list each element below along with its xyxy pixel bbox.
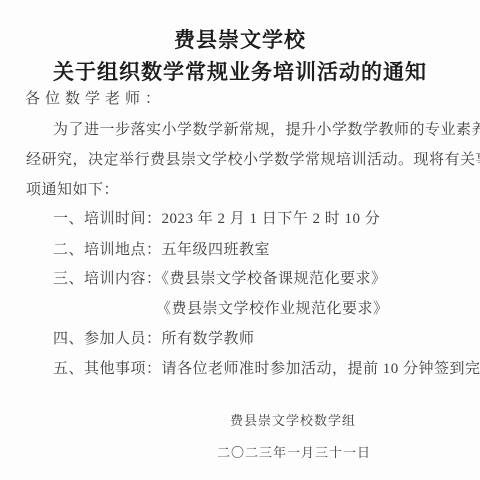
list-item-other-matters: 五、其他事项：请各位老师准时参加活动，提前 10 分钟签到完毕。 [53,359,480,379]
notice-title: 关于组织数学常规业务培训活动的通知 [0,56,480,86]
list-item-training-location: 二、培训地点：五年级四班教室 [53,240,270,260]
list-item-training-content-continued: 《费县崇文学校作业规范化要求》 [156,299,389,319]
paragraph-line-1: 为了进一步落实小学数学新常规，提升小学数学教师的专业素养， [53,120,480,140]
notice-document: 费县崇文学校 关于组织数学常规业务培训活动的通知 各位数学老师： 为了进一步落实… [0,0,480,480]
list-item-participants: 四、参加人员：所有数学教师 [53,329,255,349]
salutation-line: 各位数学老师： [25,89,165,109]
date-line: 二〇二三年一月三十一日 [217,442,371,461]
list-item-training-content: 三、培训内容：《费县崇文学校备课规范化要求》 [53,269,387,289]
list-item-training-time: 一、培训时间：2023 年 2 月 1 日下午 2 时 10 分 [53,209,380,229]
school-name-title: 费县崇文学校 [0,24,480,54]
signature-line: 费县崇文学校数学组 [230,410,356,429]
paragraph-line-3: 项通知如下： [26,180,119,200]
paragraph-line-2: 经研究，决定举行费县崇文学校小学数学常规培训活动。现将有关事 [26,150,480,170]
